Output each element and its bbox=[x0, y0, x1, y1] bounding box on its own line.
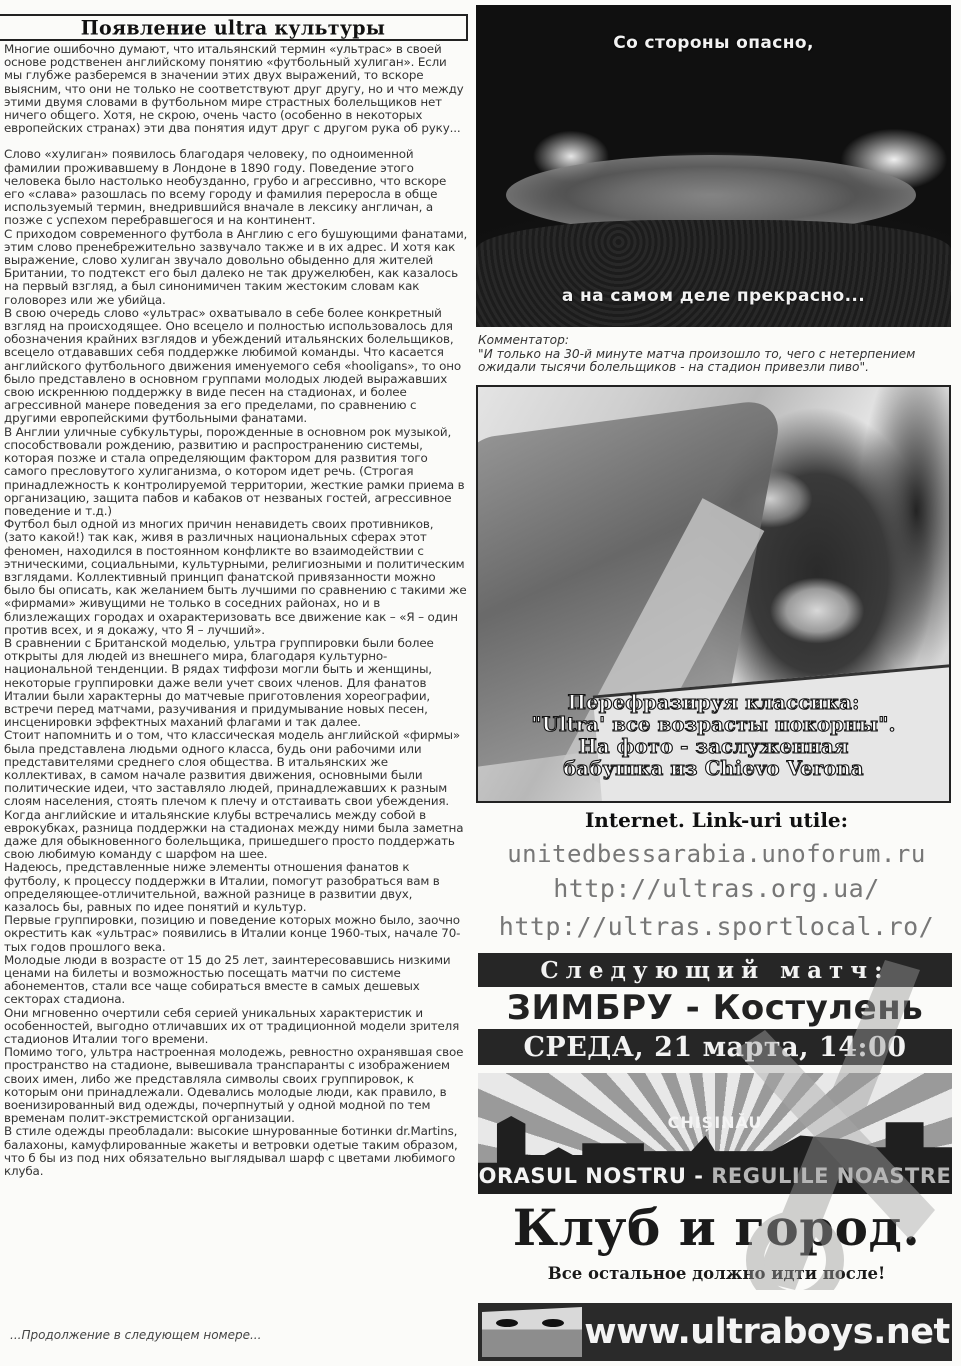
article-paragraph: В сравнении с Британской моделью, ультра… bbox=[4, 637, 468, 729]
eye-icon bbox=[496, 1319, 518, 1327]
article-paragraph: Стоит напомнить и о том, что классическа… bbox=[4, 729, 468, 808]
article-paragraph: Когда английские и итальянские клубы вст… bbox=[4, 809, 468, 862]
article-paragraph: Они мгновенно очертили себя серией уника… bbox=[4, 1007, 468, 1047]
article-paragraph: Молодые люди в возрасте от 15 до 25 лет,… bbox=[4, 954, 468, 1007]
eye-icon bbox=[542, 1319, 564, 1327]
link-unitedbessarabia[interactable]: unitedbessarabia.unoforum.ru bbox=[472, 840, 961, 868]
grandma-caption-line: бабушка из Chievo Verona bbox=[478, 758, 949, 780]
grandma-caption-line: Перефразируя классика: bbox=[478, 692, 949, 714]
city-banner: CHIȘINĂU ORASUL NOSTRU - REGULILE NOASTR… bbox=[478, 1073, 952, 1194]
link-ultras-org-ua[interactable]: http://ultras.org.ua/ bbox=[472, 874, 961, 903]
article-paragraph: С приходом современного футбола в Англию… bbox=[4, 228, 468, 307]
stadium-crowd-graphic bbox=[476, 220, 951, 327]
stadium-caption-bottom: а на самом деле прекрасно... bbox=[476, 286, 951, 306]
article-paragraph: В Англии уличные субкультуры, порожденны… bbox=[4, 426, 468, 518]
next-match-label: Следующий матч: bbox=[478, 953, 952, 987]
masked-face-icon bbox=[482, 1307, 582, 1357]
next-match-datetime: СРЕДА, 21 марта, 14:00 bbox=[478, 1029, 952, 1065]
article-paragraph: Футбол был одной из многих причин ненави… bbox=[4, 518, 468, 637]
commentator-quote-line: "И только на 30-й минуте матча произошло… bbox=[478, 348, 958, 362]
commentator-quote-line: ожидали тысячи болельщиков - на стадион … bbox=[478, 361, 958, 375]
article-paragraph: Многие ошибочно думают, что итальянский … bbox=[4, 43, 468, 135]
stadium-photo: Со стороны опасно, а на самом деле прекр… bbox=[476, 5, 951, 327]
club-subtitle: Все остальное должно идти после! bbox=[472, 1264, 961, 1283]
grandma-caption-line: "Ultra' все возрасты покорны". bbox=[478, 714, 949, 736]
sidebar-column: Со стороны опасно, а на самом деле прекр… bbox=[472, 0, 961, 1366]
city-slogan-part1: ORASUL NOSTRU - bbox=[479, 1164, 704, 1188]
grandma-fan-photo: Перефразируя классика: "Ultra' все возра… bbox=[476, 385, 951, 803]
link-ultras-sportlocal[interactable]: http://ultras.sportlocal.ro/ bbox=[472, 912, 961, 941]
article-title: Появление ultra культуры bbox=[81, 16, 385, 39]
city-slogan: ORASUL NOSTRU - REGULILE NOASTRE bbox=[478, 1164, 952, 1188]
next-match-banner: Следующий матч: ЗИМБРУ - Костулень СРЕДА… bbox=[478, 953, 952, 1065]
commentator-quote: Комментатор: "И только на 30-й минуте ма… bbox=[478, 334, 958, 375]
article-paragraph: В стиле одежды преобладали: высокие шнур… bbox=[4, 1125, 468, 1178]
links-heading: Internet. Link-uri utile: bbox=[472, 808, 961, 832]
article-column: Появление ultra культуры Многие ошибочно… bbox=[0, 0, 470, 1366]
club-title: Клуб и город. bbox=[472, 1200, 961, 1256]
article-paragraph: В свою очередь слово «ультрас» охватывал… bbox=[4, 307, 468, 426]
website-link[interactable]: www.ultraboys.net bbox=[582, 1312, 952, 1352]
article-paragraph: Помимо того, ультра настроенная молодежь… bbox=[4, 1046, 468, 1125]
article-body: Многие ошибочно думают, что итальянский … bbox=[4, 43, 468, 1178]
article-paragraph: Надеюсь, представленные ниже элементы от… bbox=[4, 861, 468, 914]
city-name: CHIȘINĂU bbox=[478, 1113, 952, 1132]
website-banner: www.ultraboys.net bbox=[478, 1303, 952, 1361]
article-paragraph: Первые группировки, позицию и поведение … bbox=[4, 914, 468, 954]
article-title-box: Появление ultra культуры bbox=[0, 14, 468, 41]
grandma-caption-line: На фото - заслуженная bbox=[478, 736, 949, 758]
commentator-label: Комментатор: bbox=[478, 334, 958, 348]
city-slogan-part2: REGULILE NOASTRE bbox=[711, 1164, 951, 1188]
next-match-teams: ЗИМБРУ - Костулень bbox=[478, 987, 952, 1029]
article-continued-note: ...Продолжение в следующем номере... bbox=[10, 1328, 261, 1342]
article-paragraph: Слово «хулиган» появилось благодаря чело… bbox=[4, 148, 468, 227]
stadium-caption-top: Со стороны опасно, bbox=[476, 33, 951, 53]
